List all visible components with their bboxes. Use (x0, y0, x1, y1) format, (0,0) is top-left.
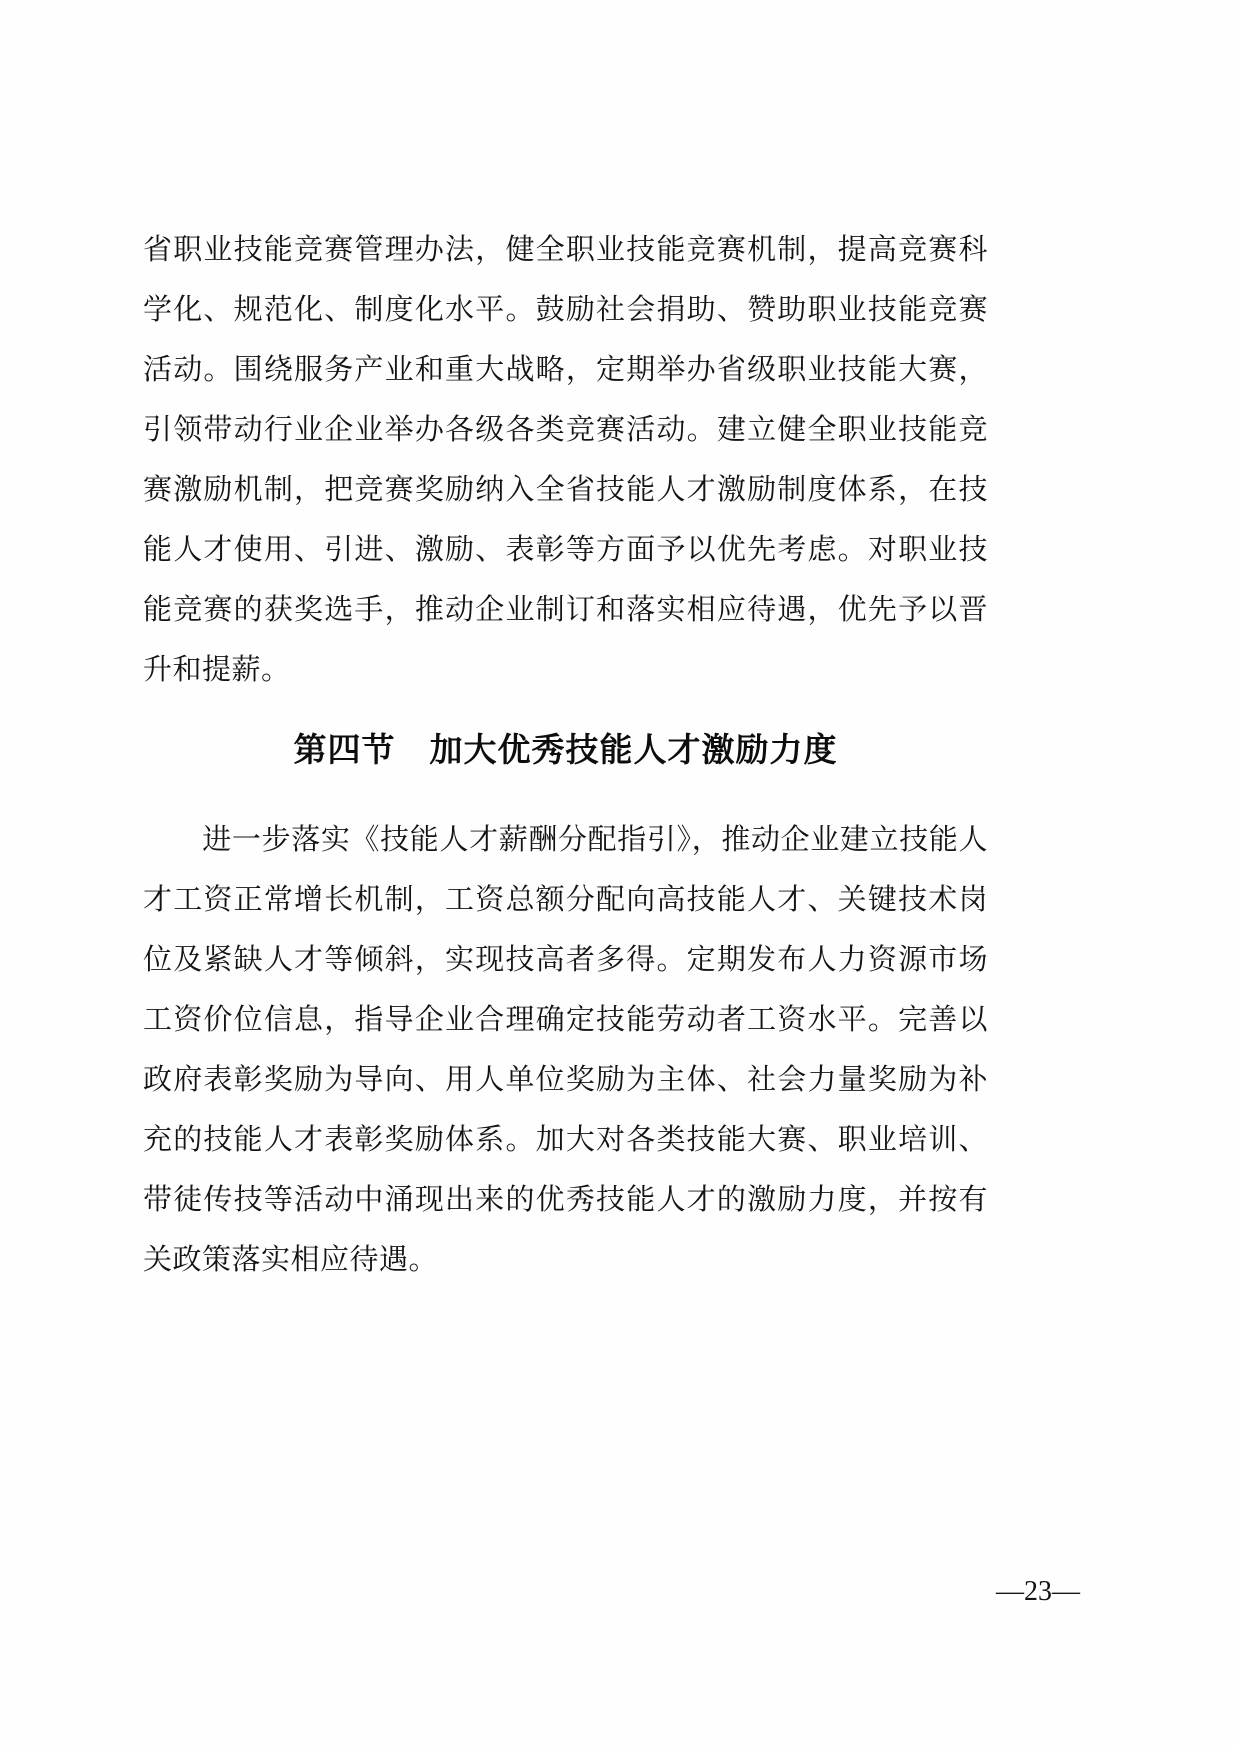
body-line: 带徒传技等活动中涌现出来的优秀技能人才的激励力度，并按有 (143, 1170, 988, 1230)
body-line: 进一步落实《技能人才薪酬分配指引》，推动企业建立技能人 (143, 810, 988, 870)
body-line: 充的技能人才表彰奖励体系。加大对各类技能大赛、职业培训、 (143, 1110, 988, 1170)
body-line: 关政策落实相应待遇。 (143, 1230, 988, 1290)
paragraph-continuation: 省职业技能竞赛管理办法，健全职业技能竞赛机制，提高竞赛科 学化、规范化、制度化水… (143, 220, 988, 700)
body-line: 位及紧缺人才等倾斜，实现技高者多得。定期发布人力资源市场 (143, 930, 988, 990)
body-line: 升和提薪。 (143, 640, 988, 700)
body-line: 学化、规范化、制度化水平。鼓励社会捐助、赞助职业技能竞赛 (143, 280, 988, 340)
section-heading: 第四节 加大优秀技能人才激励力度 (143, 718, 988, 782)
paragraph-section-body: 进一步落实《技能人才薪酬分配指引》，推动企业建立技能人 才工资正常增长机制，工资… (143, 810, 988, 1290)
body-line: 工资价位信息，指导企业合理确定技能劳动者工资水平。完善以 (143, 990, 988, 1050)
body-line: 引领带动行业企业举办各级各类竞赛活动。建立健全职业技能竞 (143, 400, 988, 460)
body-line: 能人才使用、引进、激励、表彰等方面予以优先考虑。对职业技 (143, 520, 988, 580)
body-line: 赛激励机制，把竞赛奖励纳入全省技能人才激励制度体系，在技 (143, 460, 988, 520)
body-line: 活动。围绕服务产业和重大战略，定期举办省级职业技能大赛， (143, 340, 988, 400)
body-line: 政府表彰奖励为导向、用人单位奖励为主体、社会力量奖励为补 (143, 1050, 988, 1110)
body-line: 才工资正常增长机制，工资总额分配向高技能人才、关键技术岗 (143, 870, 988, 930)
body-line: 能竞赛的获奖选手，推动企业制订和落实相应待遇，优先予以晋 (143, 580, 988, 640)
document-page: 省职业技能竞赛管理办法，健全职业技能竞赛机制，提高竞赛科 学化、规范化、制度化水… (0, 0, 1235, 1749)
body-line: 省职业技能竞赛管理办法，健全职业技能竞赛机制，提高竞赛科 (143, 220, 988, 280)
page-number: —23— (996, 1576, 1080, 1608)
